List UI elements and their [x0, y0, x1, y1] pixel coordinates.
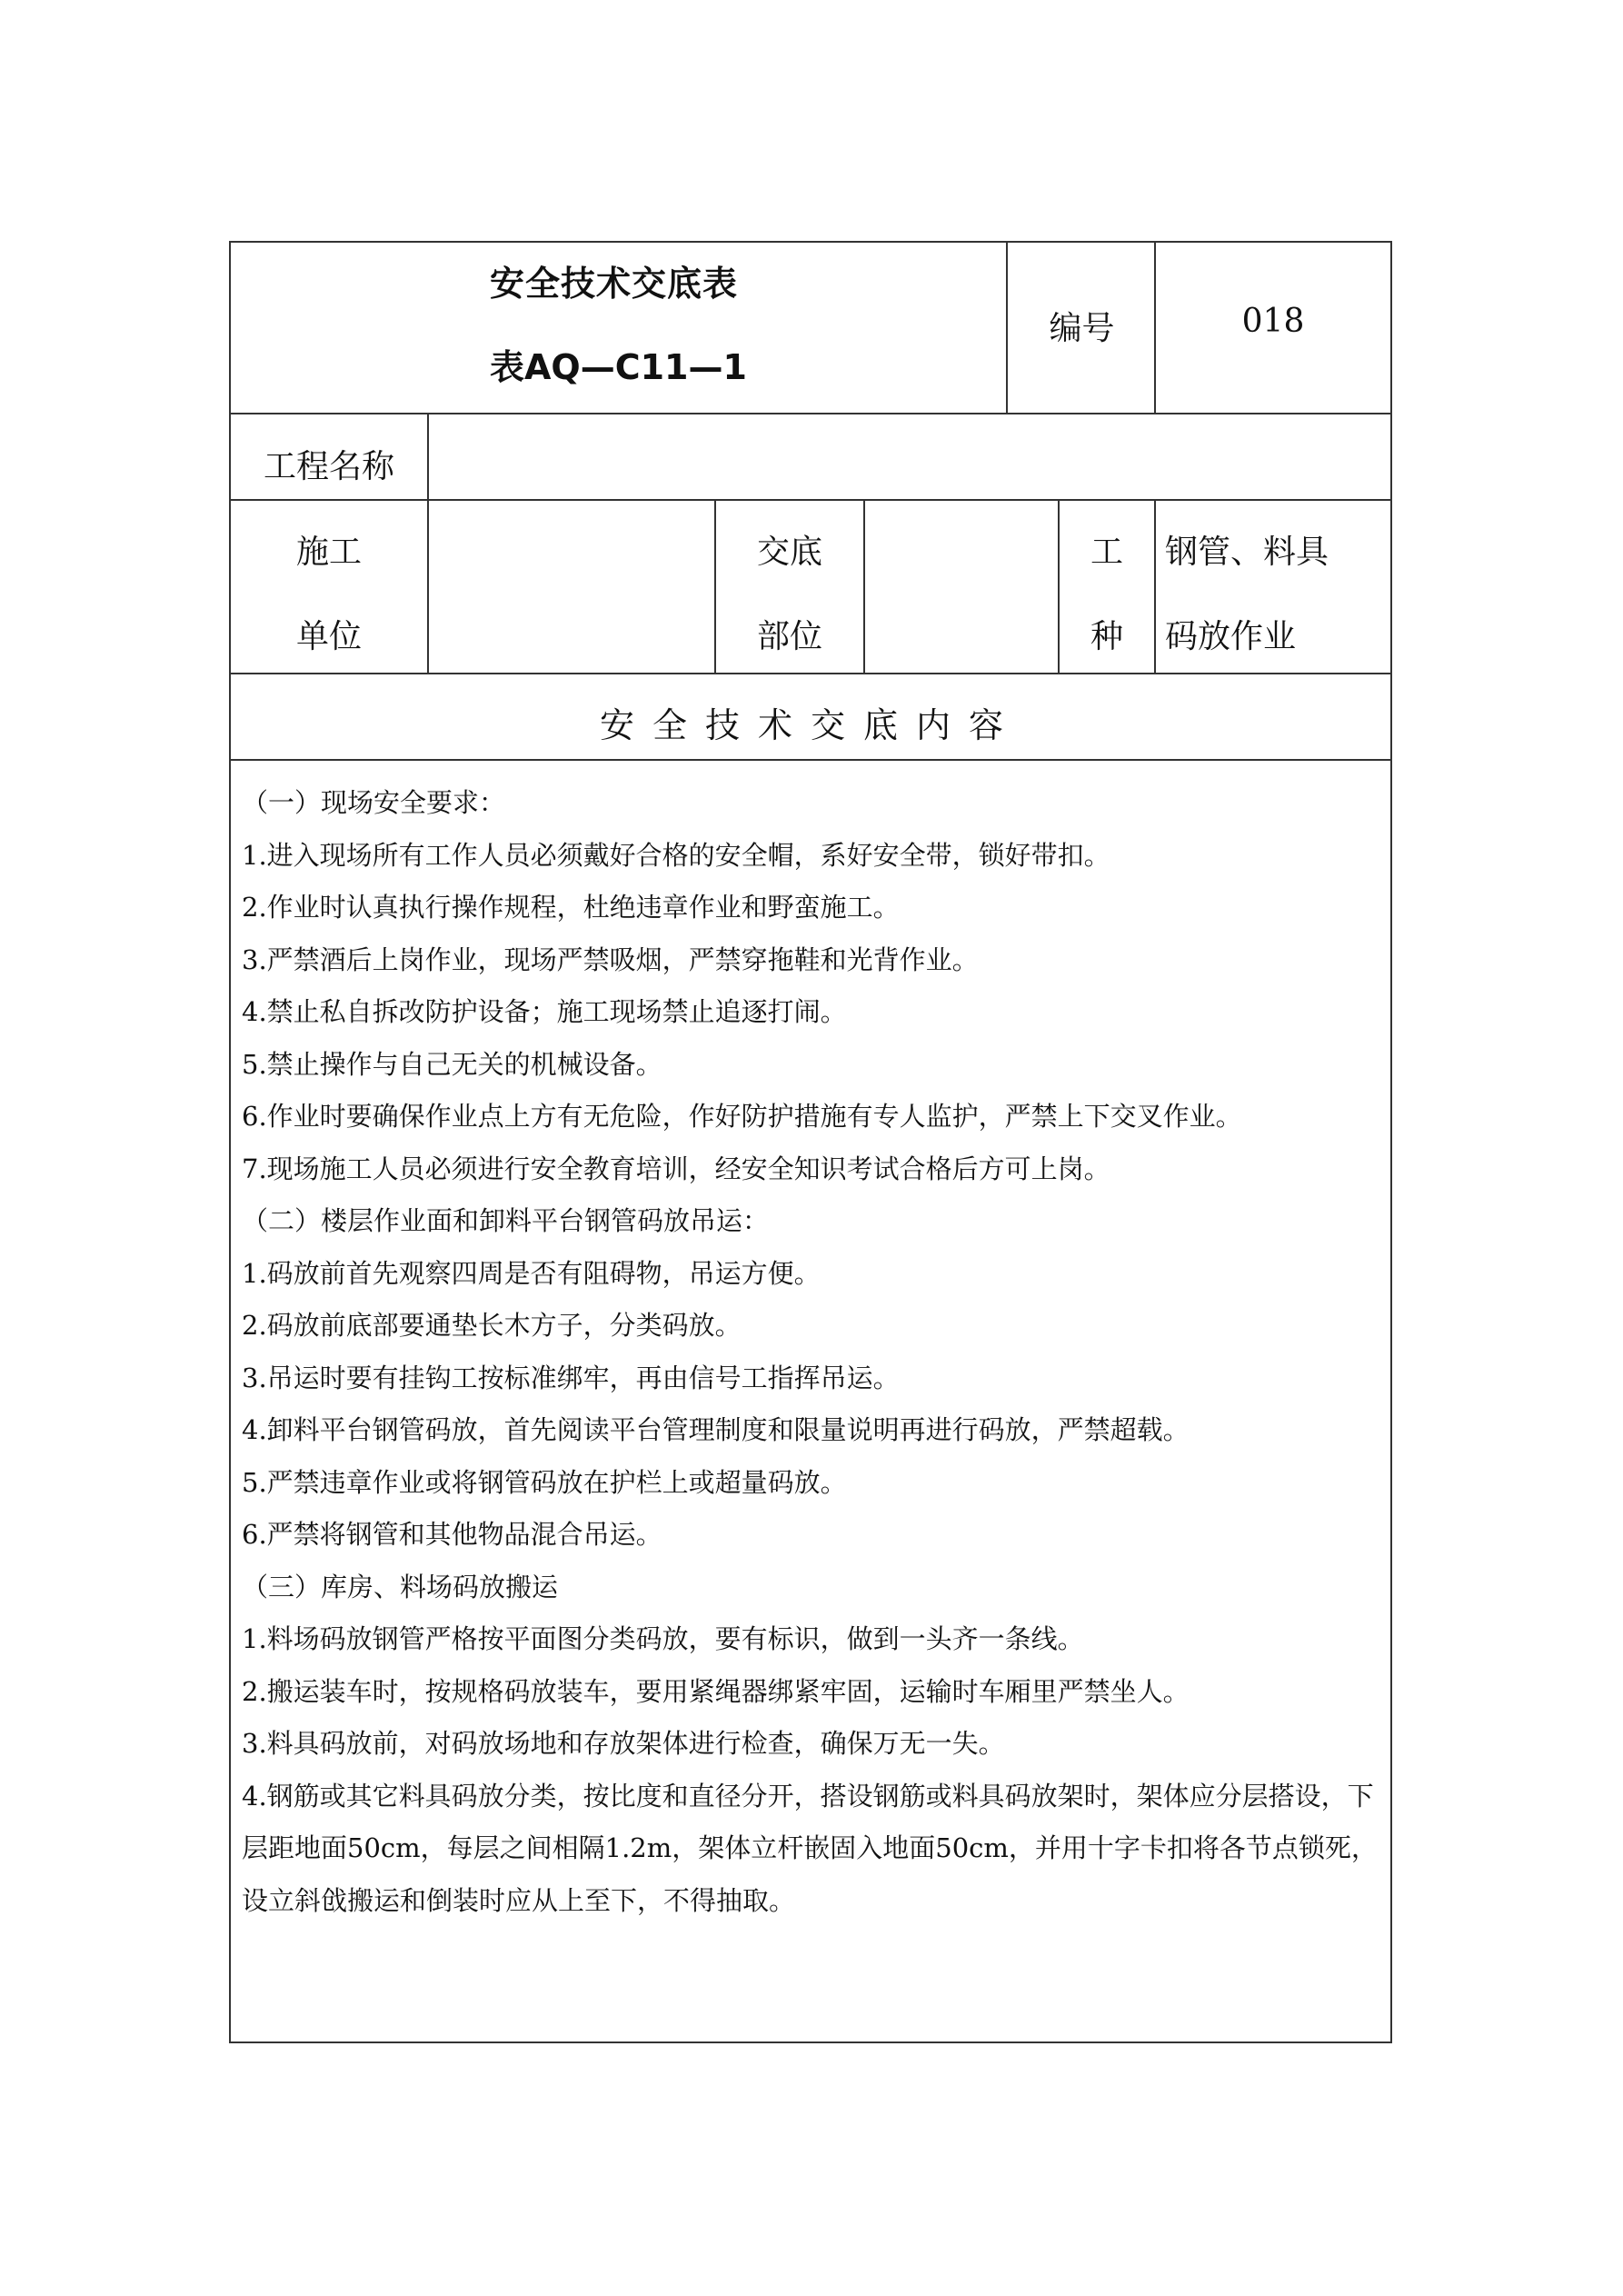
safety-briefing-table: 安全技术交底表 表AQ—C11—1 编号 018 工程名称 施工 单位 交底 部… — [229, 241, 1392, 2043]
construction-unit-field[interactable] — [429, 501, 714, 674]
project-name-label: 工程名称 — [231, 441, 427, 487]
list-item: 5.严禁违章作业或将钢管码放在护栏上或超量码放。 — [242, 1457, 1382, 1510]
divider — [231, 499, 1390, 501]
list-item: 3.吊运时要有挂钩工按标准绑牢，再由信号工指挥吊运。 — [242, 1353, 1382, 1405]
trade-value-line2: 码放作业 — [1165, 611, 1296, 657]
construction-unit-label-line2: 单位 — [231, 611, 427, 657]
number-label: 编号 — [1008, 303, 1156, 349]
divider — [1154, 501, 1156, 674]
trade-label-line2: 种 — [1060, 611, 1154, 657]
form-code: 表AQ—C11—1 — [490, 339, 747, 389]
list-item: 7.现场施工人员必须进行安全教育培训，经安全知识考试合格后方可上岗。 — [242, 1143, 1382, 1196]
list-item: 6.严禁将钢管和其他物品混合吊运。 — [242, 1509, 1382, 1562]
list-item: 2.作业时认真执行操作规程，杜绝违章作业和野蛮施工。 — [242, 882, 1382, 934]
list-item: 2.码放前底部要通垫长木方子，分类码放。 — [242, 1300, 1382, 1353]
form-title: 安全技术交底表 — [490, 255, 738, 305]
briefing-part-label-line2: 部位 — [716, 611, 863, 657]
project-name-field[interactable] — [429, 414, 1390, 501]
briefing-part-label-line1: 交底 — [716, 526, 863, 573]
briefing-content: （一）现场安全要求： 1.进入现场所有工作人员必须戴好合格的安全帽，系好安全带，… — [231, 761, 1390, 2041]
section-heading: （一）现场安全要求： — [242, 777, 1382, 830]
list-item: 1.码放前首先观察四周是否有阻碍物，吊运方便。 — [242, 1248, 1382, 1301]
list-item: 1.进入现场所有工作人员必须戴好合格的安全帽，系好安全带，锁好带扣。 — [242, 830, 1382, 883]
list-item: 2.搬运装车时，按规格码放装车，要用紧绳器绑紧牢固，运输时车厢里严禁坐人。 — [242, 1666, 1382, 1719]
section-title: 安全技术交底内容 — [231, 697, 1390, 747]
list-item: 1.料场码放钢管严格按平面图分类码放，要有标识，做到一头齐一条线。 — [242, 1613, 1382, 1666]
list-item: 4.钢筋或其它料具码放分类，按比度和直径分开，搭设钢筋或料具码放架时，架体应分层… — [242, 1771, 1382, 1928]
section-heading: （二）楼层作业面和卸料平台钢管码放吊运： — [242, 1195, 1382, 1248]
list-item: 6.作业时要确保作业点上方有无危险，作好防护措施有专人监护，严禁上下交叉作业。 — [242, 1091, 1382, 1143]
list-item: 5.禁止操作与自己无关的机械设备。 — [242, 1039, 1382, 1092]
list-item: 3.严禁酒后上岗作业，现场严禁吸烟，严禁穿拖鞋和光背作业。 — [242, 934, 1382, 987]
construction-unit-label-line1: 施工 — [231, 526, 427, 573]
list-item: 4.卸料平台钢管码放，首先阅读平台管理制度和限量说明再进行码放，严禁超载。 — [242, 1404, 1382, 1457]
divider — [231, 673, 1390, 674]
list-item: 3.料具码放前，对码放场地和存放架体进行检查，确保万无一失。 — [242, 1718, 1382, 1771]
trade-value-line1: 钢管、料具 — [1165, 526, 1329, 573]
section-heading: （三）库房、料场码放搬运 — [242, 1562, 1382, 1614]
briefing-part-field[interactable] — [865, 501, 1058, 674]
trade-label-line1: 工 — [1060, 526, 1154, 573]
list-item: 4.禁止私自拆改防护设备；施工现场禁止追逐打闹。 — [242, 986, 1382, 1039]
number-value: 018 — [1156, 303, 1390, 340]
